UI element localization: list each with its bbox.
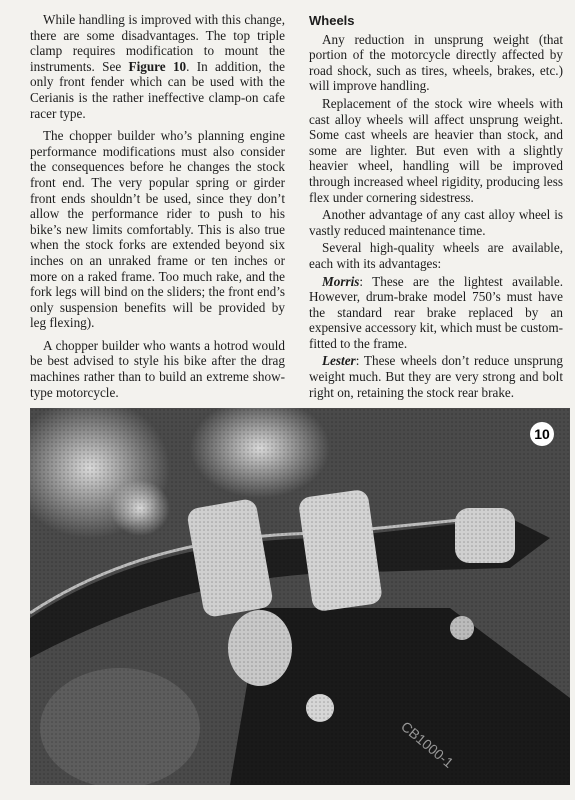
triple-clamp-photo: CB1000-1 bbox=[30, 408, 570, 785]
right-column: Wheels Any reduction in unsprung weight … bbox=[309, 12, 563, 402]
section-heading-wheels: Wheels bbox=[309, 13, 563, 29]
paragraph-lester: Lester: These wheels don’t reduce unspru… bbox=[309, 353, 563, 400]
paragraph-morris: Morris: These are the lightest available… bbox=[309, 274, 563, 352]
paragraph-available-wheels: Several high-quality wheels are availabl… bbox=[309, 240, 563, 271]
left-column: While handling is improved with this cha… bbox=[30, 12, 285, 407]
paragraph-maintenance: Another advantage of any cast alloy whee… bbox=[309, 207, 563, 238]
book-page: While handling is improved with this cha… bbox=[0, 0, 575, 800]
paragraph-hotrod: A chopper builder who wants a hotrod wou… bbox=[30, 338, 285, 400]
figure-10-photo: CB1000-1 10 bbox=[30, 408, 570, 785]
run-in-lester: Lester bbox=[322, 353, 356, 368]
paragraph-replacement: Replacement of the stock wire wheels wit… bbox=[309, 96, 563, 205]
figure-number-badge: 10 bbox=[530, 422, 554, 446]
run-in-morris: Morris bbox=[322, 274, 359, 289]
paragraph-unsprung-weight: Any reduction in unsprung weight (that p… bbox=[309, 32, 563, 94]
figure-reference: Figure 10 bbox=[129, 59, 187, 74]
paragraph-handling-disadvantages: While handling is improved with this cha… bbox=[30, 12, 285, 121]
paragraph-chopper-builder: The chopper builder who’s planning engin… bbox=[30, 128, 285, 331]
